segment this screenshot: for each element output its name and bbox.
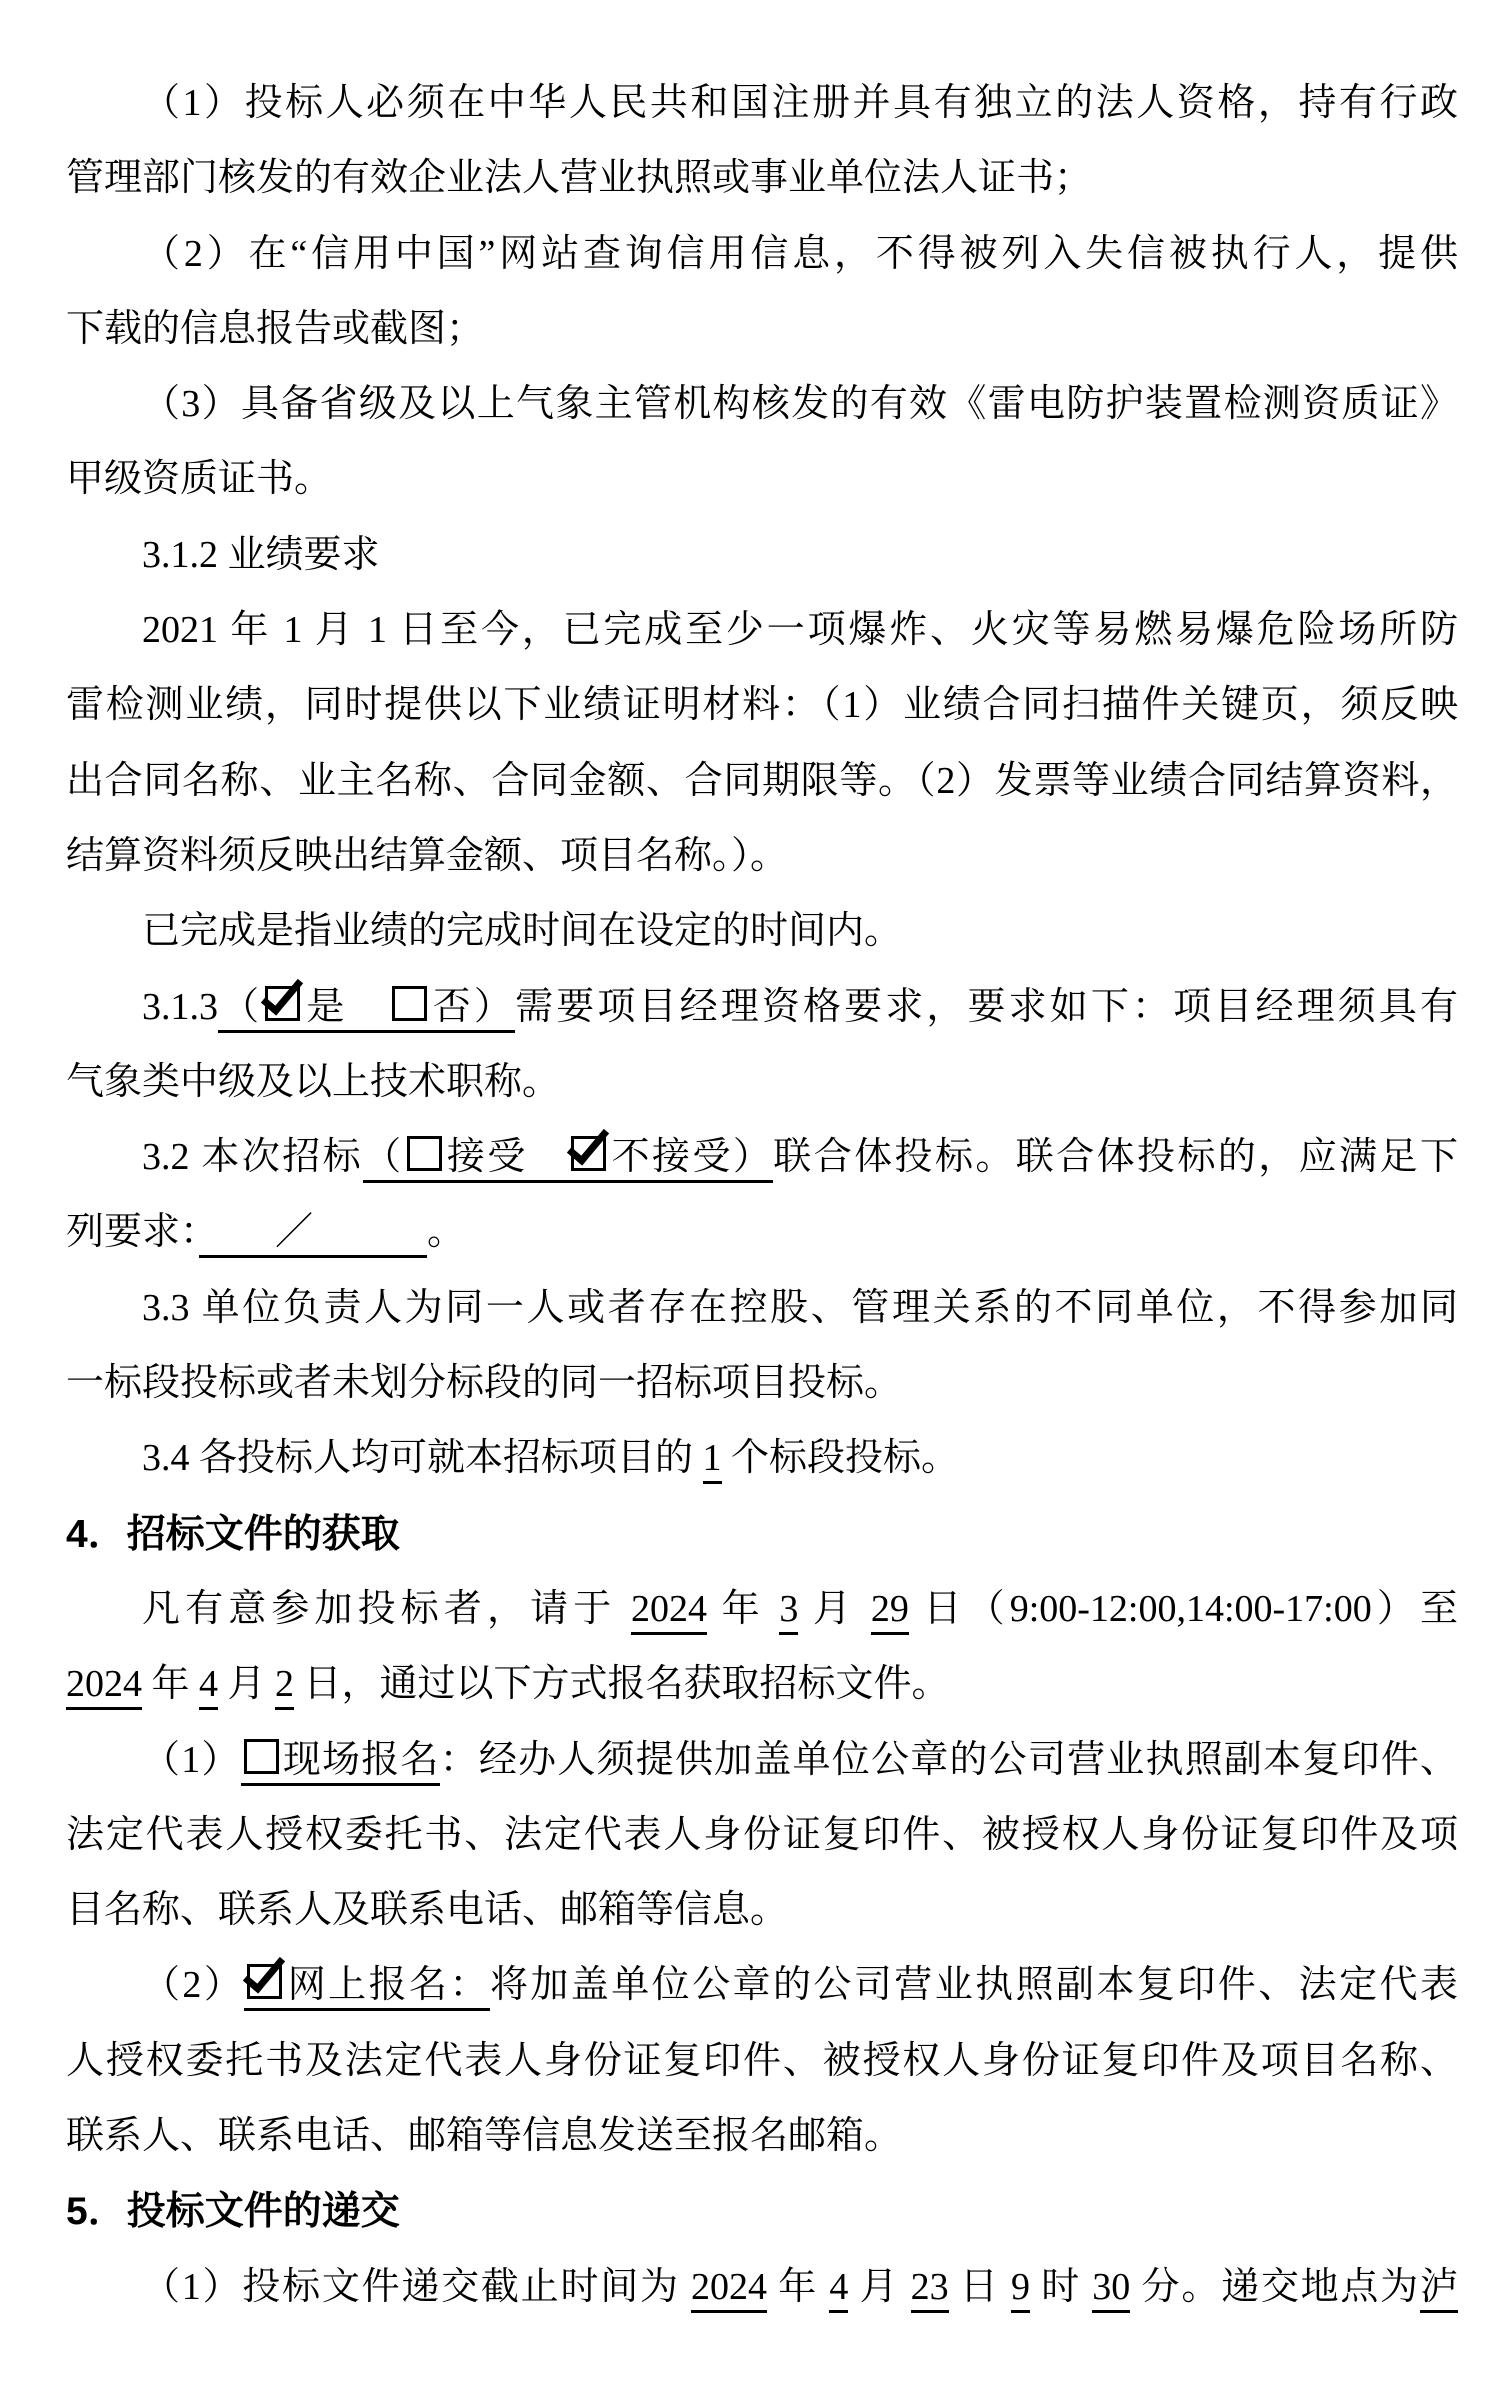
document-page: （1）投标人必须在中华人民共和国注册并具有独立的法人资格，持有行政 管理部门核发… bbox=[0, 0, 1500, 2389]
text-run: 人授权委托书及法定代表人身份证复印件、被授权人身份证复印件及项目名称、 bbox=[66, 2040, 1458, 2082]
text-run: 月 bbox=[848, 2266, 910, 2308]
doc-line-11: 结算资料须反映出结算金额、项目名称。）。 bbox=[66, 819, 1458, 894]
text-run: 年 bbox=[707, 1588, 779, 1630]
doc-line-13-section-3-1-3: 3.1.3（是 否）需要项目经理资格要求，要求如下：项目经理须具有 bbox=[66, 970, 1458, 1045]
text-run: 需要项目经理资格要求，要求如下：项目经理须具有 bbox=[515, 986, 1458, 1028]
text-run: 目名称、联系人及联系电话、邮箱等信息。 bbox=[66, 1889, 788, 1931]
text-run: 3.3 单位负责人为同一人或者存在控股、管理关系的不同单位，不得参加同 bbox=[142, 1287, 1458, 1329]
text-run: 一标段投标或者未划分标段的同一招标项目投标。 bbox=[66, 1362, 902, 1404]
year-value: 2024 bbox=[66, 1663, 142, 1710]
checkbox-checked-icon bbox=[571, 1136, 606, 1171]
text-run: 年 bbox=[142, 1663, 199, 1705]
text-run: 现场报名 bbox=[282, 1739, 440, 1781]
text-run: 列要求： bbox=[66, 1211, 199, 1253]
doc-line-5: （3）具备省级及以上气象主管机构核发的有效《雷电防护装置检测资质证》 bbox=[66, 367, 1458, 442]
location-value-start: 泸 bbox=[1420, 2266, 1458, 2313]
doc-line-3: （2）在“信用中国”网站查询信用信息，不得被列入失信被执行人，提供 bbox=[66, 217, 1458, 292]
doc-line-1: （1）投标人必须在中华人民共和国注册并具有独立的法人资格，持有行政 bbox=[66, 66, 1458, 141]
doc-line-27: 人授权委托书及法定代表人身份证复印件、被授权人身份证复印件及项目名称、 bbox=[66, 2024, 1458, 2099]
text-run: 3.4 各投标人均可就本招标项目的 bbox=[142, 1437, 703, 1479]
text-run: 凡有意参加投标者，请于 bbox=[142, 1588, 631, 1630]
text-run: （2） bbox=[142, 1964, 244, 2006]
text-run: 联系人、联系电话、邮箱等信息发送至报名邮箱。 bbox=[66, 2115, 902, 2157]
doc-line-18: 一标段投标或者未划分标段的同一招标项目投标。 bbox=[66, 1346, 1458, 1421]
text-run: 甲级资质证书。 bbox=[66, 458, 332, 500]
text-run: 否） bbox=[430, 986, 515, 1028]
text-run: 结算资料须反映出结算金额、项目名称。）。 bbox=[66, 835, 788, 877]
text-run: 网上报名： bbox=[285, 1964, 490, 2006]
text-run: （ bbox=[218, 986, 262, 1028]
text-run: 接受 bbox=[445, 1136, 569, 1178]
text-run: 日（9:00-12:00,14:00-17:00）至 bbox=[909, 1588, 1458, 1630]
month-value: 3 bbox=[779, 1588, 798, 1635]
text-run: 。 bbox=[427, 1211, 465, 1253]
heading-text: 5．投标文件的递交 bbox=[66, 2190, 400, 2233]
text-run: 气象类中级及以上技术职称。 bbox=[66, 1061, 560, 1103]
text-run: （1）投标文件递交截止时间为 bbox=[142, 2266, 691, 2308]
minute-value: 30 bbox=[1092, 2266, 1130, 2313]
doc-line-19-section-3-4: 3.4 各投标人均可就本招标项目的 1 个标段投标。 bbox=[66, 1421, 1458, 1496]
doc-line-17-section-3-3: 3.3 单位负责人为同一人或者存在控股、管理关系的不同单位，不得参加同 bbox=[66, 1271, 1458, 1346]
hour-value: 9 bbox=[1011, 2266, 1030, 2313]
heading-text: 4．招标文件的获取 bbox=[66, 1513, 400, 1556]
day-value: 29 bbox=[871, 1588, 909, 1635]
doc-line-7-section-3-1-2: 3.1.2 业绩要求 bbox=[66, 518, 1458, 593]
text-run: 将加盖单位公章的公司营业执照副本复印件、法定代表 bbox=[490, 1964, 1458, 2006]
month-value: 4 bbox=[829, 2266, 848, 2313]
text-run: 下载的信息报告或截图； bbox=[66, 308, 484, 350]
doc-line-2: 管理部门核发的有效企业法人营业执照或事业单位法人证书； bbox=[66, 141, 1458, 216]
text-run: 已完成是指业绩的完成时间在设定的时间内。 bbox=[142, 910, 902, 952]
text-run: 年 bbox=[767, 2266, 829, 2308]
text-run: ／ bbox=[199, 1211, 427, 1253]
text-run: 月 bbox=[218, 1663, 275, 1705]
text-run: （1） bbox=[142, 1739, 241, 1781]
text-run: 2021 年 1 月 1 日至今，已完成至少一项爆炸、火灾等易燃易爆危险场所防 bbox=[142, 609, 1458, 651]
checkbox-empty-icon bbox=[392, 986, 427, 1021]
text-run: 法定代表人授权委托书、法定代表人身份证复印件、被授权人身份证复印件及项 bbox=[66, 1814, 1458, 1856]
text-run: 联合体投标。联合体投标的，应满足下 bbox=[773, 1136, 1458, 1178]
yes-no-choice-field: （是 否） bbox=[218, 986, 515, 1033]
doc-line-25: 目名称、联系人及联系电话、邮箱等信息。 bbox=[66, 1873, 1458, 1948]
doc-heading-section-5: 5．投标文件的递交 bbox=[66, 2174, 1458, 2249]
day-value: 2 bbox=[275, 1663, 294, 1710]
text-run: 3.1.2 业绩要求 bbox=[142, 534, 380, 576]
text-run: 月 bbox=[798, 1588, 870, 1630]
doc-line-23-onsite-registration: （1）现场报名：经办人须提供加盖单位公章的公司营业执照副本复印件、 bbox=[66, 1723, 1458, 1798]
month-value: 4 bbox=[199, 1663, 218, 1710]
text-run: （1）投标人必须在中华人民共和国注册并具有独立的法人资格，持有行政 bbox=[142, 82, 1458, 124]
doc-line-14: 气象类中级及以上技术职称。 bbox=[66, 1045, 1458, 1120]
doc-line-16: 列要求： ／ 。 bbox=[66, 1195, 1458, 1270]
onsite-registration-option: 现场报名 bbox=[241, 1739, 440, 1786]
text-run: 时 bbox=[1030, 2266, 1092, 2308]
doc-line-15-section-3-2: 3.2 本次招标（接受 不接受）联合体投标。联合体投标的，应满足下 bbox=[66, 1120, 1458, 1195]
doc-line-22: 2024 年 4 月 2 日，通过以下方式报名获取招标文件。 bbox=[66, 1647, 1458, 1722]
doc-line-10: 出合同名称、业主名称、合同金额、合同期限等。（2）发票等业绩合同结算资料， bbox=[66, 744, 1458, 819]
text-run: 不接受） bbox=[609, 1136, 773, 1178]
doc-line-28: 联系人、联系电话、邮箱等信息发送至报名邮箱。 bbox=[66, 2099, 1458, 2174]
doc-line-24: 法定代表人授权委托书、法定代表人身份证复印件、被授权人身份证复印件及项 bbox=[66, 1798, 1458, 1873]
doc-line-6: 甲级资质证书。 bbox=[66, 442, 1458, 517]
text-run: （2）在“信用中国”网站查询信用信息，不得被列入失信被执行人，提供 bbox=[142, 233, 1458, 275]
text-run: 日 bbox=[949, 2266, 1011, 2308]
checkbox-checked-icon bbox=[265, 986, 300, 1021]
text-run: 个标段投标。 bbox=[722, 1437, 960, 1479]
text-run: 管理部门核发的有效企业法人营业执照或事业单位法人证书； bbox=[66, 157, 1092, 199]
day-value: 23 bbox=[911, 2266, 949, 2313]
blank-fill-field: ／ bbox=[199, 1211, 427, 1258]
text-run: 是 bbox=[303, 986, 388, 1028]
year-value: 2024 bbox=[691, 2266, 767, 2313]
checkbox-empty-icon bbox=[244, 1739, 279, 1774]
text-run: 分。递交地点为 bbox=[1130, 2266, 1420, 2308]
doc-line-26-online-registration: （2）网上报名：将加盖单位公章的公司营业执照副本复印件、法定代表 bbox=[66, 1948, 1458, 2023]
accept-choice-field: （接受 不接受） bbox=[363, 1136, 773, 1183]
doc-line-4: 下载的信息报告或截图； bbox=[66, 292, 1458, 367]
text-run: 3.2 本次招标 bbox=[142, 1136, 363, 1178]
doc-line-21: 凡有意参加投标者，请于 2024 年 3 月 29 日（9:00-12:00,1… bbox=[66, 1572, 1458, 1647]
text-run: （3）具备省级及以上气象主管机构核发的有效《雷电防护装置检测资质证》 bbox=[142, 383, 1458, 425]
doc-line-9: 雷检测业绩，同时提供以下业绩证明材料：（1）业绩合同扫描件关键页，须反映 bbox=[66, 668, 1458, 743]
text-run: ：经办人须提供加盖单位公章的公司营业执照副本复印件、 bbox=[440, 1739, 1458, 1781]
text-run: 雷检测业绩，同时提供以下业绩证明材料：（1）业绩合同扫描件关键页，须反映 bbox=[66, 684, 1458, 726]
text-run: （ bbox=[363, 1136, 403, 1178]
doc-line-8: 2021 年 1 月 1 日至今，已完成至少一项爆炸、火灾等易燃易爆危险场所防 bbox=[66, 593, 1458, 668]
online-registration-option: 网上报名： bbox=[244, 1964, 490, 2011]
year-value: 2024 bbox=[631, 1588, 707, 1635]
lot-count-value: 1 bbox=[703, 1437, 722, 1484]
doc-line-12: 已完成是指业绩的完成时间在设定的时间内。 bbox=[66, 894, 1458, 969]
checkbox-checked-icon bbox=[247, 1964, 282, 1999]
text-run: 3.1.3 bbox=[142, 986, 218, 1028]
text-run: 日，通过以下方式报名获取招标文件。 bbox=[294, 1663, 950, 1705]
text-run: 出合同名称、业主名称、合同金额、合同期限等。（2）发票等业绩合同结算资料， bbox=[66, 760, 1458, 802]
doc-heading-section-4: 4．招标文件的获取 bbox=[66, 1497, 1458, 1572]
checkbox-empty-icon bbox=[407, 1136, 442, 1171]
doc-line-30-deadline: （1）投标文件递交截止时间为 2024 年 4 月 23 日 9 时 30 分。… bbox=[66, 2250, 1458, 2325]
